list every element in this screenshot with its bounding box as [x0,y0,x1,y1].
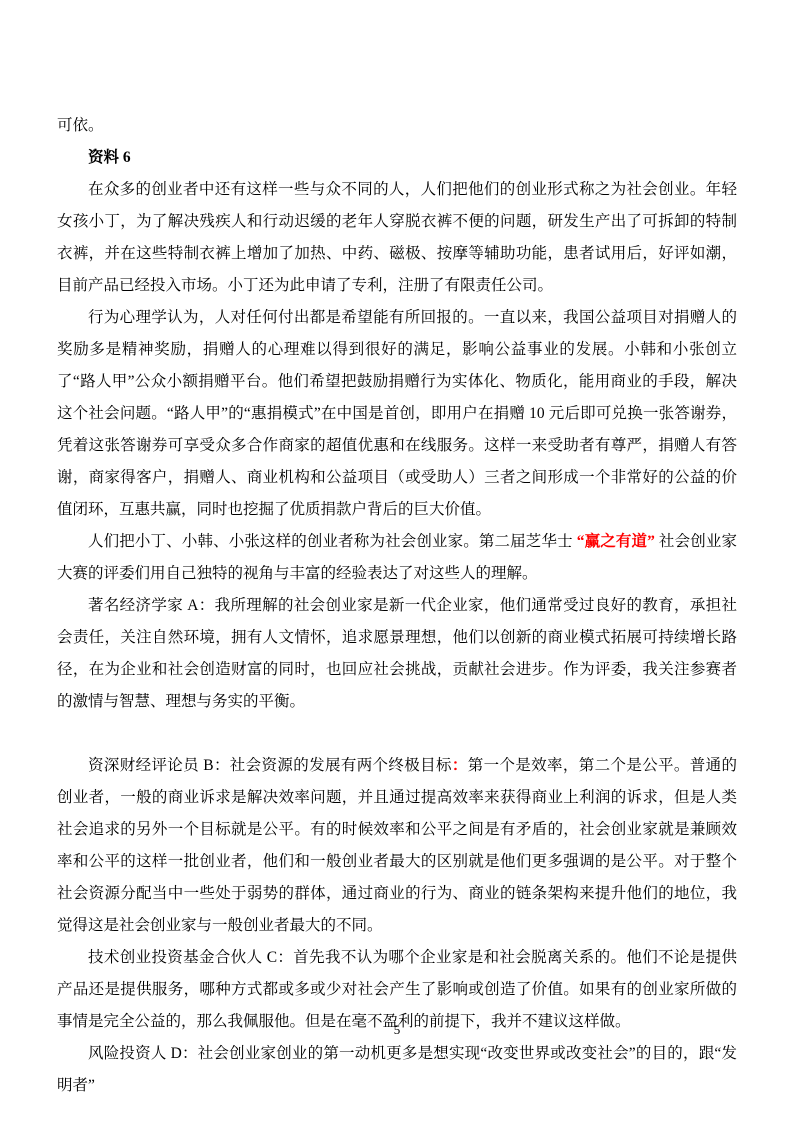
paragraph-list: 在众多的创业者中还有这样一些与众不同的人，人们把他们的创业形式称之为社会创业。年… [57,174,737,1102]
carryover-line: 可依。 [57,110,737,142]
para-investor-d: 风险投资人 D：社会创业家创业的第一动机更多是想实现“改变世界或改变社会”的目的… [57,1038,737,1102]
text-run: 在众多的创业者中还有这样一些与众不同的人，人们把他们的创业形式称之为社会创业。年… [57,181,737,294]
material-heading: 资料 6 [57,142,737,174]
para-luren-jia-platform: 行为心理学认为，人对任何付出都是希望能有所回报的。一直以来，我国公益项目对捐赠人… [57,302,737,526]
page-number: 5 [394,1022,401,1037]
text-run: 著名经济学家 A：我所理解的社会创业家是新一代企业家，他们通常受过良好的教育，承… [57,597,737,710]
para-commentator-b: 资深财经评论员 B：社会资源的发展有两个终极目标：第一个是效率，第二个是公平。普… [57,750,737,942]
red-highlight-text: ： [452,757,468,774]
text-run: 行为心理学认为，人对任何付出都是希望能有所回报的。一直以来，我国公益项目对捐赠人… [57,309,737,518]
page-footer: 5 [0,1022,794,1038]
text-run: 技术创业投资基金合伙人 C：首先我不认为哪个企业家是和社会脱离关系的。他们不论是… [57,949,737,1030]
para-contest-intro: 人们把小丁、小韩、小张这样的创业者称为社会创业家。第二届芝华士 “赢之有道” 社… [57,526,737,590]
document-page: 可依。 资料 6 在众多的创业者中还有这样一些与众不同的人，人们把他们的创业形式… [0,0,794,1123]
para-economist-a: 著名经济学家 A：我所理解的社会创业家是新一代企业家，他们通常受过良好的教育，承… [57,590,737,718]
red-highlight-text: “赢之有道” [577,533,655,550]
text-run: 人们把小丁、小韩、小张这样的创业者称为社会创业家。第二届芝华士 [88,533,577,550]
para-social-entrepreneurship-intro: 在众多的创业者中还有这样一些与众不同的人，人们把他们的创业形式称之为社会创业。年… [57,174,737,302]
text-run: 资深财经评论员 B：社会资源的发展有两个终极目标 [88,757,452,774]
document-content: 可依。 资料 6 在众多的创业者中还有这样一些与众不同的人，人们把他们的创业形式… [57,110,737,1102]
text-run: 风险投资人 D：社会创业家创业的第一动机更多是想实现“改变世界或改变社会”的目的… [57,1045,737,1094]
text-run: 第一个是效率，第二个是公平。普通的创业者，一般的商业诉求是解决效率问题，并且通过… [57,757,737,934]
